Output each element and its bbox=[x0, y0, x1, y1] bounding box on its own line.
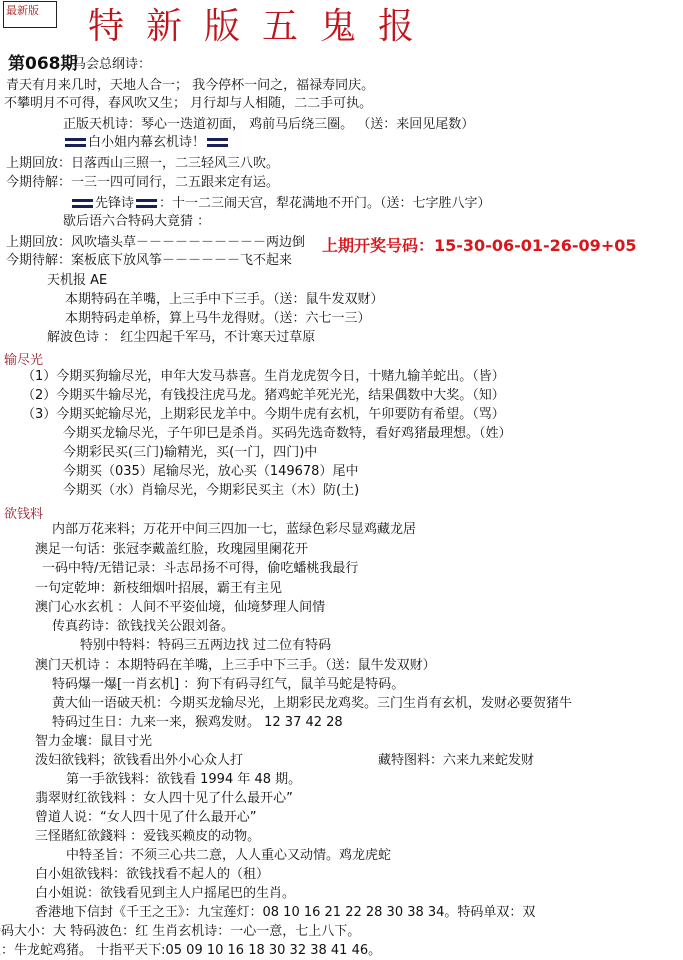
money-line: 特码过生日：九来一来，猴鸡发财。 12 37 42 28 bbox=[52, 714, 343, 732]
money-line: 澳门心水玄机 ：人间不平姿仙境，仙境梦理人间情 bbox=[35, 599, 325, 617]
xiehouyu-title: 歇后语六合特码大竟猜 ： bbox=[63, 213, 210, 231]
money-line: 藏特图料：六来九来蛇发财 bbox=[378, 752, 534, 770]
this-answer: 今期待解：一三一四可同行，二五跟来定有运。 bbox=[6, 174, 279, 192]
money-line: 中特圣旨：不须三心共二意，人人重心又动情。鸡龙虎蛇 bbox=[66, 847, 391, 865]
issue-number: 第068期 bbox=[8, 49, 78, 74]
money-line: 主：牛龙蛇鸡猪。 十指平天下:05 09 10 16 18 30 32 38 4… bbox=[0, 942, 381, 960]
tianji-line: 本期特码在羊嘴，上三手中下三手。（送：鼠牛发双财） bbox=[65, 291, 384, 309]
xiehouyu-this: 今期待解：案板底下放风筝－－－－－－飞不起来 bbox=[6, 252, 292, 270]
last-draw-numbers: 上期开奖号码：15-30-06-01-26-09+05 bbox=[322, 233, 636, 256]
poem-line: 青天有月来几时，天地人合一； 我今停杯一问之，福禄寿同庆。 bbox=[6, 77, 374, 95]
money-line: 澳足一句话：张冠李戴盖红脸，玫瑰园里阑花开 bbox=[35, 541, 308, 559]
last-answer: 上期回放：日落西山三照一，二三轻风三八吹。 bbox=[6, 155, 279, 173]
money-line: 白小姐欲钱料：欲钱找看不起人的（租） bbox=[35, 866, 269, 884]
section-heading-money: 欲钱料 bbox=[4, 503, 43, 522]
money-line: 黄大仙一语破天机：今期买龙输尽光，上期彩民龙鸡奖。三门生肖有玄机，发财必要贺猪牛 bbox=[52, 695, 572, 713]
edition-badge: 最新版 bbox=[3, 1, 57, 28]
lose-item: 今期买（水）肖输尽光，今期彩民买主（木）防(土) bbox=[63, 482, 359, 500]
money-line: 白小姐说：欲钱看见到主人户摇尾巴的生肖。 bbox=[35, 885, 295, 903]
money-line: 特别中特料：特码三五两边找 过二位有特码 bbox=[80, 637, 331, 655]
money-line: 香港地下信封《千王之王》：九宝莲灯：08 10 16 21 22 28 30 3… bbox=[35, 904, 535, 922]
money-line: 泼妇欲钱料；欲钱看出外小心众人打 bbox=[35, 752, 243, 770]
bai-poem-title: 白小姐内幕玄机诗！ bbox=[63, 134, 230, 152]
lose-item: （1）今期买狗输尽光，申年大发马恭喜。生肖龙虎贺今日，十赌九输羊蛇出。（皆） bbox=[22, 368, 505, 386]
money-line: 特码大小：大 特码波色：红 生肖玄机诗：一心一意，七上八下。 bbox=[0, 923, 360, 941]
poem-line: 不攀明月不可得，春风吹又生； 月行却与人相随，二二手可执。 bbox=[4, 95, 372, 113]
money-line: 第一手欲钱料：欲钱看 1994 年 48 期。 bbox=[66, 771, 301, 789]
lose-item: 今期买（035）尾输尽光，放心买（149678）尾中 bbox=[63, 463, 358, 481]
double-bar-icon bbox=[65, 138, 86, 147]
money-line: 内部万花来料；万花开中间三四加一七，蓝绿色彩尽显鸡藏龙居 bbox=[52, 521, 416, 539]
xiehouyu-last: 上期回放：风吹墙头草－－－－－－－－－－两边倒 bbox=[6, 234, 305, 252]
double-bar-icon bbox=[136, 199, 157, 208]
section-heading-lose: 输尽光 bbox=[4, 349, 43, 368]
bose-poem: 解波色诗 ： 红尘四起千军马，不计寒天过草原 bbox=[47, 329, 315, 347]
double-bar-icon bbox=[72, 199, 93, 208]
lose-item: 今期买龙输尽光，子午卯巳是杀肖。买码先选奇数特，看好鸡猪最理想。（姓） bbox=[63, 425, 512, 443]
lose-item: （2）今期买牛输尽光，有钱投注虎马龙。猪鸡蛇羊死光光，结果偶数中大奖。（知） bbox=[22, 387, 505, 405]
lose-item: 今期彩民买(三门)输精光，买(一门，四门)中 bbox=[63, 444, 317, 462]
page-title: 特新版五鬼报 bbox=[88, 6, 436, 48]
zhengban-poem: 正版天机诗：琴心一迭道初面， 鸡前马后绕三圈。 （送：来回见尾数） bbox=[63, 116, 474, 134]
money-line: 三怪賭紅欲錢料 ：爱钱买赖皮的动物。 bbox=[35, 828, 260, 846]
money-line: 曾道人说：“女人四十见了什么最开心” bbox=[35, 809, 256, 827]
money-line: 翡翠财红欲钱料 ：女人四十见了什么最开心” bbox=[35, 790, 293, 808]
money-line: 澳门天机诗 ：本期特码在羊嘴，上三手中下三手。（送：鼠牛发双财） bbox=[35, 657, 436, 675]
money-line: 一句定乾坤：新枝细烟叶招展，霸王有主见 bbox=[35, 580, 282, 598]
xianfeng-poem: 先锋诗：十一二三闹天宫，犁花满地不开门。（送：七字胜八字） bbox=[70, 195, 491, 213]
tianjibao: 天机报 AE bbox=[47, 272, 107, 290]
money-line: 传真药诗：欲钱找关公跟刘备。 bbox=[52, 618, 234, 636]
double-bar-icon bbox=[207, 138, 228, 147]
poem-heading: 马会总纲诗： bbox=[73, 56, 151, 74]
money-line: 智力金壤：鼠目寸光 bbox=[35, 733, 152, 751]
lose-item: （3）今期买蛇输尽光，上期彩民龙羊中。今期牛虎有玄机，午卯要防有希望。（骂） bbox=[22, 406, 505, 424]
tianji-line: 本期特码走单桥，算上马牛龙得财。（送：六七一三） bbox=[65, 310, 371, 328]
money-line: 一码中特/无错记录：斗志昂扬不可得，偷吃蟠桃我最行 bbox=[42, 560, 358, 578]
money-line: 特码爆一爆[一肖玄机] ：狗下有码寻红气，鼠羊马蛇是特码。 bbox=[52, 676, 404, 694]
